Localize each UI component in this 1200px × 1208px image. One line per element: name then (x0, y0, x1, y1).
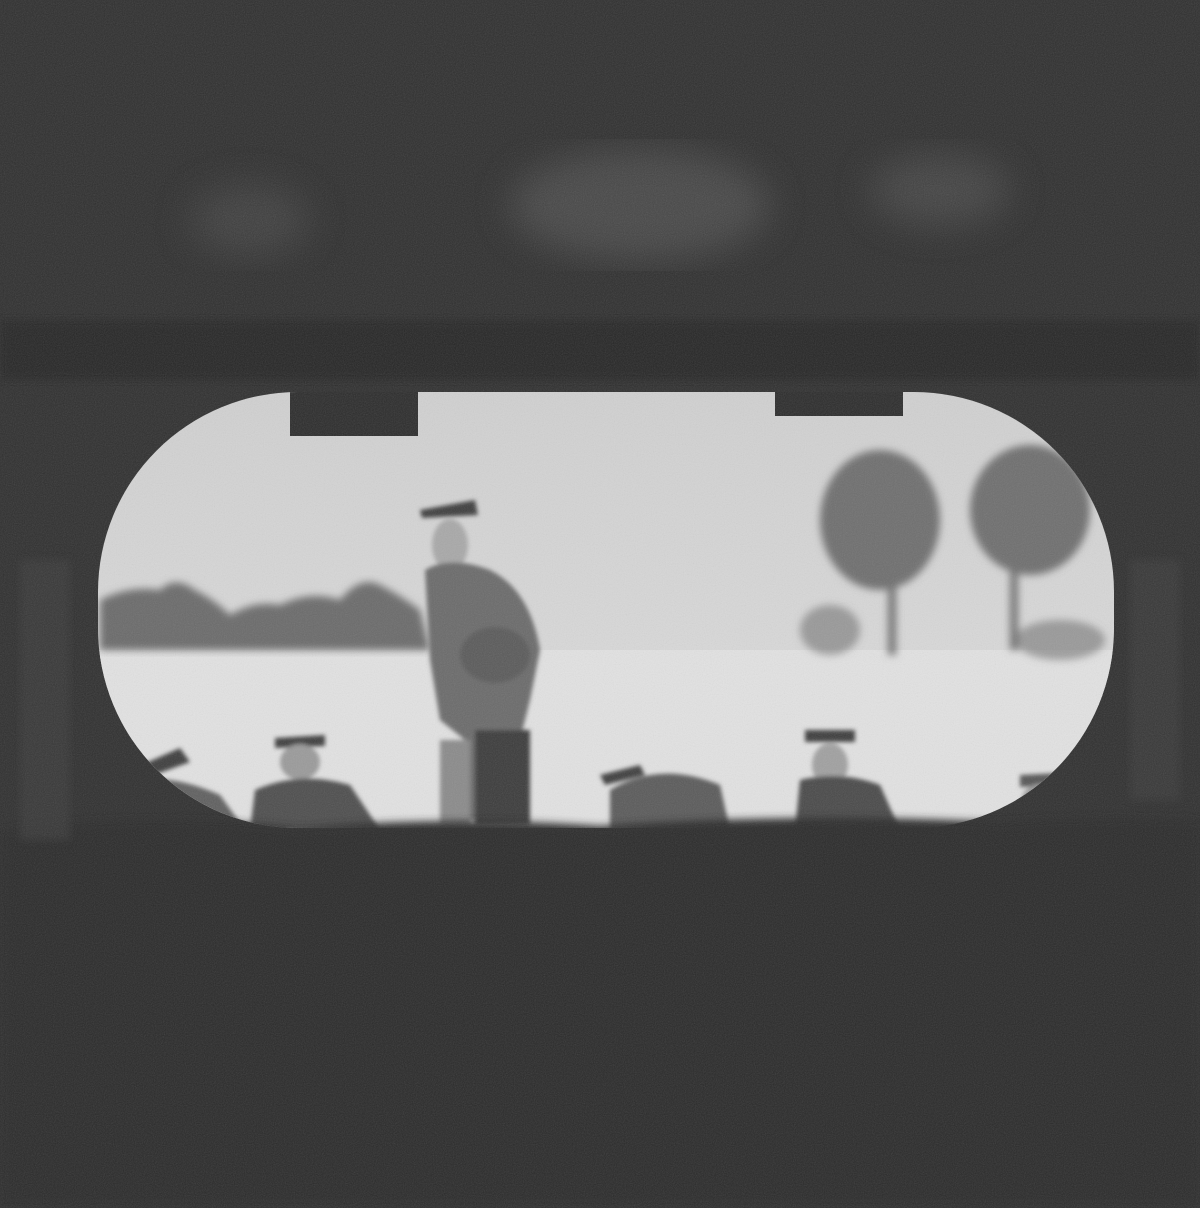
photograph (0, 0, 1200, 1208)
grain-overlay (0, 0, 1200, 1208)
